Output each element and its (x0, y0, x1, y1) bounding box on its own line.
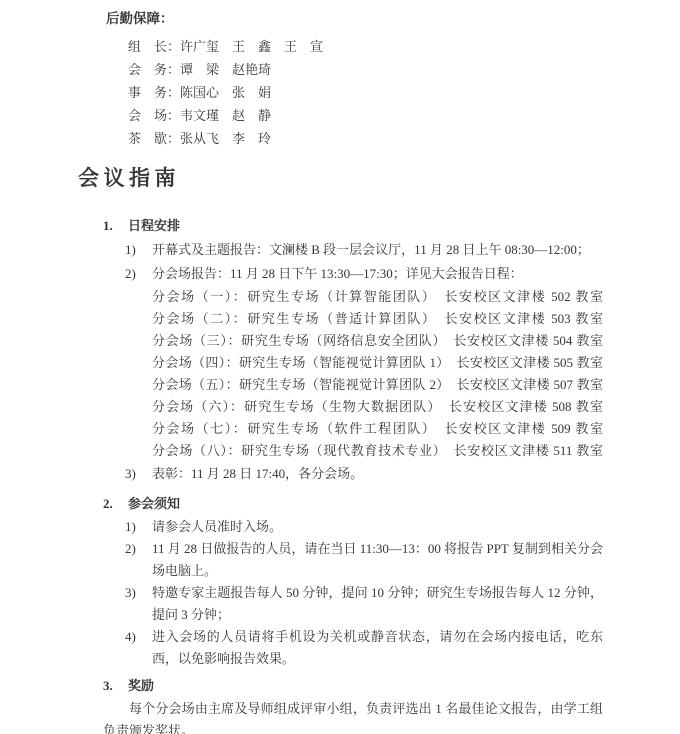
notes-item-punctuality: 1) 请参会人员准时入场。 (125, 516, 603, 538)
section-notes: 2. 参会须知 1) 请参会人员准时入场。 2) 11 月 28 日做报告的人员… (78, 492, 603, 670)
roster-row-admin-affairs: 事 务：陈国心 张 娟 (128, 81, 603, 104)
item-number: 1) (125, 516, 152, 538)
document-page: 后勤保障： 组 长：许广玺 王 鑫 王 宣 会 务：谭 梁 赵艳琦 事 务：陈国… (0, 0, 680, 734)
schedule-item-awards-ceremony: 3) 表彰：11 月 28 日 17:40，各分会场。 (125, 462, 603, 486)
section-number: 1. (103, 214, 128, 238)
venue-line: 分会场（六）：研究生专场（生物大数据团队） 长安校区文津楼 508 教室 (152, 396, 603, 418)
section-title: 参会须知 (128, 492, 180, 516)
schedule-item-opening: 1) 开幕式及主题报告：文澜楼 B 段一层会议厅，11 月 28 日上午 08:… (125, 238, 603, 262)
venue-line: 分会场（三）：研究生专场（网络信息安全团队） 长安校区文津楼 504 教室 (152, 330, 603, 352)
logistics-roster: 组 长：许广玺 王 鑫 王 宣 会 务：谭 梁 赵艳琦 事 务：陈国心 张 娟 … (128, 35, 603, 150)
section-schedule: 1. 日程安排 1) 开幕式及主题报告：文澜楼 B 段一层会议厅，11 月 28… (78, 214, 603, 486)
roster-row-group-leader: 组 长：许广玺 王 鑫 王 宣 (128, 35, 603, 58)
venue-list: 分会场（一）：研究生专场（计算智能团队） 长安校区文津楼 502 教室 分会场（… (78, 286, 603, 462)
section-number: 2. (103, 492, 128, 516)
section-award-heading: 3. 奖励 (103, 674, 603, 698)
venue-line: 分会场（五）：研究生专场（智能视觉计算团队 2） 长安校区文津楼 507 教室 (152, 374, 603, 396)
item-number: 3) (125, 582, 152, 626)
item-text: 表彰：11 月 28 日 17:40，各分会场。 (152, 462, 603, 486)
item-number: 2) (125, 262, 152, 286)
item-text: 开幕式及主题报告：文澜楼 B 段一层会议厅，11 月 28 日上午 08:30—… (152, 238, 603, 262)
item-text: 进入会场的人员请将手机设为关机或静音状态，请勿在会场内接电话，吃东西，以免影响报… (152, 626, 603, 670)
section-title: 日程安排 (128, 214, 180, 238)
item-number: 1) (125, 238, 152, 262)
item-text: 特邀专家主题报告每人 50 分钟，提问 10 分钟；研究生专场报告每人 12 分… (152, 582, 603, 626)
guide-heading: 会议指南 (78, 164, 603, 192)
schedule-item-breakout: 2) 分会场报告：11 月 28 日下午 13:30—17:30；详见大会报告日… (125, 262, 603, 286)
item-number: 4) (125, 626, 152, 670)
section-title: 奖励 (128, 674, 154, 698)
section-schedule-heading: 1. 日程安排 (103, 214, 603, 238)
venue-line: 分会场（七）：研究生专场（软件工程团队） 长安校区文津楼 509 教室 (152, 418, 603, 440)
roster-row-conference-affairs: 会 务：谭 梁 赵艳琦 (128, 58, 603, 81)
notes-item-phone-etiquette: 4) 进入会场的人员请将手机设为关机或静音状态，请勿在会场内接电话，吃东西，以免… (125, 626, 603, 670)
venue-line: 分会场（一）：研究生专场（计算智能团队） 长安校区文津楼 502 教室 (152, 286, 603, 308)
item-text: 分会场报告：11 月 28 日下午 13:30—17:30；详见大会报告日程： (152, 262, 603, 286)
item-number: 3) (125, 462, 152, 486)
item-number: 2) (125, 538, 152, 582)
section-notes-heading: 2. 参会须知 (103, 492, 603, 516)
item-text: 请参会人员准时入场。 (152, 516, 603, 538)
section-award: 3. 奖励 每个分会场由主席及导师组成评审小组，负责评选出 1 名最佳论文报告，… (78, 674, 603, 734)
section-number: 3. (103, 674, 128, 698)
roster-row-venue: 会 场：韦文瑾 赵 静 (128, 104, 603, 127)
notes-item-ppt-copy: 2) 11 月 28 日做报告的人员，请在当日 11:30—13：00 将报告 … (125, 538, 603, 582)
venue-line: 分会场（四）：研究生专场（智能视觉计算团队 1） 长安校区文津楼 505 教室 (152, 352, 603, 374)
logistics-title: 后勤保障： (106, 7, 603, 31)
venue-line: 分会场（八）：研究生专场（现代教育技术专业） 长安校区文津楼 511 教室 (152, 440, 603, 462)
award-paragraph: 每个分会场由主席及导师组成评审小组，负责评选出 1 名最佳论文报告，由学工组负责… (103, 698, 603, 734)
venue-line: 分会场（二）：研究生专场（普适计算团队） 长安校区文津楼 503 教室 (152, 308, 603, 330)
item-text: 11 月 28 日做报告的人员，请在当日 11:30—13：00 将报告 PPT… (152, 538, 603, 582)
notes-item-talk-duration: 3) 特邀专家主题报告每人 50 分钟，提问 10 分钟；研究生专场报告每人 1… (125, 582, 603, 626)
roster-row-tea-break: 茶 歇：张从飞 李 玲 (128, 127, 603, 150)
